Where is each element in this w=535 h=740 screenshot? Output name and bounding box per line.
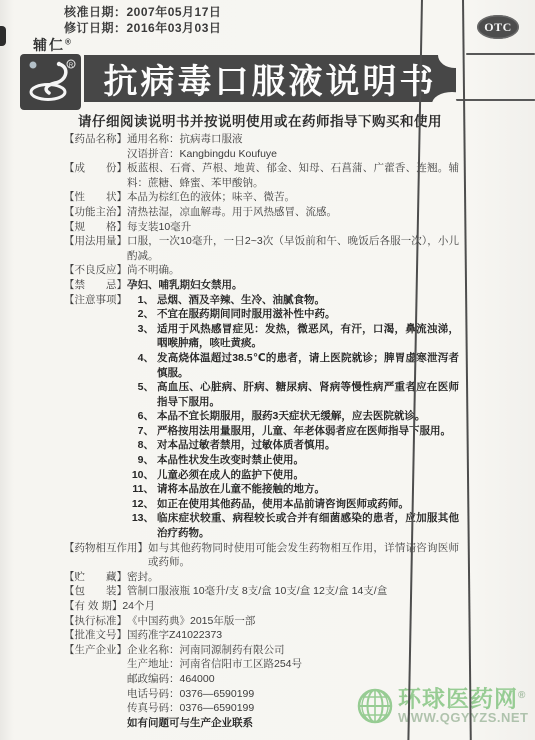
precaution-item: 13、临床症状较重、病程较长或合并有细菌感染的患者，应加服其他治疗药物。	[127, 511, 459, 540]
precaution-item: 3、适用于风热感冒症见：发热，微恶风，有汗，口渴，鼻流浊涕，咽喉肿痛，咳吐黄痰。	[127, 322, 459, 351]
section-content: 通用名称：抗病毒口服液汉语拼音：Kangbingdu Koufuye	[127, 132, 459, 161]
section-label: 【生产企业】	[64, 643, 127, 658]
precaution-item: 5、高血压、心脏病、肝病、糖尿病、肾病等慢性病严重者应在医师指导下服用。	[127, 380, 459, 409]
section-line: 密封。	[127, 570, 459, 585]
item-number: 12、	[127, 497, 157, 512]
section-line: 清热祛湿，凉血解毒。用于风热感冒、流感。	[127, 205, 459, 220]
section-label: 【性 状】	[64, 190, 127, 205]
section-adverse-reactions: 【不良反应】尚不明确。	[64, 263, 459, 278]
item-number: 4、	[127, 351, 157, 380]
edge-line-top	[466, 53, 535, 55]
usage-notice: 请仔细阅读说明书并按说明使用或在药师指导下购买和使用	[60, 110, 460, 130]
edge-line-bottom	[456, 99, 535, 101]
watermark-registered-mark: ®	[518, 690, 526, 701]
precaution-item: 6、本品不宜长期服用，服药3天症状无缓解，应去医院就诊。	[127, 409, 459, 424]
section-approval-number: 【批准文号】国药准字Z41022373	[64, 628, 459, 643]
swan-logo-icon: R	[20, 54, 81, 110]
approved-date: 核准日期：2007年05月17日	[64, 4, 221, 20]
section-package: 【包 装】管制口服液瓶 10毫升/支 8支/盒 10支/盒 12支/盒 14支/…	[64, 584, 459, 599]
item-number: 10、	[127, 468, 157, 483]
title-bar: 抗病毒口服液说明书	[84, 55, 456, 102]
section-content: 24个月	[122, 599, 459, 614]
section-content: 本品为棕红色的液体；味辛、微苦。	[127, 190, 459, 205]
section-dosage: 【用法用量】口服，一次10毫升，一日2~3次（早饭前和午、晚饭后各服一次），小儿…	[64, 234, 459, 263]
watermark-site-name: 环球医药网®	[398, 684, 529, 711]
brand-logo: R	[20, 54, 81, 110]
section-drug-interactions: 【药物相互作用】如与其他药物同时使用可能会发生药物相互作用，详情请咨询医师或药师…	[64, 541, 459, 570]
section-line: 通用名称：抗病毒口服液	[127, 132, 459, 147]
section-specification: 【规 格】每支装10毫升	[64, 220, 459, 235]
otc-badge: OTC	[477, 15, 519, 39]
section-label: 【包 装】	[64, 584, 127, 599]
section-label: 【批准文号】	[64, 628, 127, 643]
section-content: 孕妇、哺乳期妇女禁用。	[127, 278, 459, 293]
item-text: 如正在使用其他药品，使用本品前请咨询医师或药师。	[157, 497, 459, 512]
section-validity: 【有 效 期】24个月	[64, 599, 459, 614]
section-label: 【成 份】	[64, 161, 127, 176]
watermark-text: 环球医药网® WWW.QGYYZS.NET	[398, 684, 529, 725]
brand-text: 辅仁	[33, 37, 65, 53]
section-standard: 【执行标准】《中国药典》2015年版一部	[64, 614, 459, 629]
watermark: 环球医药网® WWW.QGYYZS.NET	[356, 684, 529, 728]
precaution-item: 7、严格按用法用量服用，儿童、年老体弱者应在医师指导下服用。	[127, 424, 459, 439]
otc-label: OTC	[484, 20, 512, 35]
item-number: 13、	[127, 511, 157, 540]
section-label: 【贮 藏】	[64, 570, 127, 585]
section-label: 【不良反应】	[64, 263, 127, 278]
section-ingredients: 【成 份】板蓝根、石膏、芦根、地黄、郁金、知母、石菖蒲、广藿香、连翘。辅料：蔗糖…	[64, 161, 459, 190]
precaution-item: 1、忌烟、酒及辛辣、生冷、油腻食物。	[127, 293, 459, 308]
section-label: 【药物相互作用】	[64, 541, 148, 556]
leaflet-page: 核准日期：2007年05月17日 修订日期：2016年03月03日 OTC 辅仁…	[0, 0, 535, 740]
section-line: 孕妇、哺乳期妇女禁用。	[127, 278, 459, 293]
revised-date: 修订日期：2016年03月03日	[64, 20, 221, 36]
brand-name: 辅仁®	[33, 35, 71, 55]
item-number: 2、	[127, 307, 157, 322]
section-content: 密封。	[127, 570, 459, 585]
section-content: 尚不明确。	[127, 263, 459, 278]
precaution-item: 10、儿童必须在成人的监护下使用。	[127, 468, 459, 483]
precaution-item: 4、发高烧体温超过38.5℃的患者，请上医院就诊；脾胃虚寒泄泻者慎服。	[127, 351, 459, 380]
section-label: 【规 格】	[64, 220, 127, 235]
item-text: 不宜在服药期间同时服用滋补性中药。	[157, 307, 459, 322]
page-title: 抗病毒口服液说明书	[104, 54, 437, 103]
photo-artifact	[0, 26, 6, 46]
section-content: 口服，一次10毫升，一日2~3次（早饭前和午、晚饭后各服一次），小儿酌减。	[127, 234, 459, 263]
section-content: 每支装10毫升	[127, 220, 459, 235]
sections-container: 【药品名称】通用名称：抗病毒口服液汉语拼音：Kangbingdu Koufuye…	[64, 132, 459, 730]
section-line: 24个月	[122, 599, 459, 614]
glare-spot	[438, 42, 472, 68]
section-label: 【功能主治】	[64, 205, 127, 220]
section-line: 板蓝根、石膏、芦根、地黄、郁金、知母、石菖蒲、广藿香、连翘。辅料：蔗糖、蜂蜜、苯…	[127, 161, 459, 190]
item-text: 临床症状较重、病程较长或合并有细菌感染的患者，应加服其他治疗药物。	[157, 511, 459, 540]
precaution-item: 2、不宜在服药期间同时服用滋补性中药。	[127, 307, 459, 322]
item-number: 6、	[127, 409, 157, 424]
section-label: 【药品名称】	[64, 132, 127, 147]
section-line: 尚不明确。	[127, 263, 459, 278]
item-text: 请将本品放在儿童不能接触的地方。	[157, 482, 459, 497]
registered-mark: ®	[65, 37, 71, 46]
item-number: 7、	[127, 424, 157, 439]
section-content: 板蓝根、石膏、芦根、地黄、郁金、知母、石菖蒲、广藿香、连翘。辅料：蔗糖、蜂蜜、苯…	[127, 161, 459, 190]
item-number: 3、	[127, 322, 157, 351]
section-content: 1、忌烟、酒及辛辣、生冷、油腻食物。2、不宜在服药期间同时服用滋补性中药。3、适…	[127, 293, 459, 541]
precaution-item: 12、如正在使用其他药品，使用本品前请咨询医师或药师。	[127, 497, 459, 512]
item-text: 忌烟、酒及辛辣、生冷、油腻食物。	[157, 293, 459, 308]
section-line: 每支装10毫升	[127, 220, 459, 235]
globe-icon	[356, 684, 394, 728]
section-contraindications: 【禁 忌】孕妇、哺乳期妇女禁用。	[64, 278, 459, 293]
item-number: 8、	[127, 438, 157, 453]
section-label: 【有 效 期】	[64, 599, 122, 614]
precaution-item: 11、请将本品放在儿童不能接触的地方。	[127, 482, 459, 497]
section-content: 清热祛湿，凉血解毒。用于风热感冒、流感。	[127, 205, 459, 220]
section-label: 【执行标准】	[64, 614, 127, 629]
item-number: 5、	[127, 380, 157, 409]
watermark-url: WWW.QGYYZS.NET	[398, 711, 529, 725]
section-line: 口服，一次10毫升，一日2~3次（早饭前和午、晚饭后各服一次），小儿酌减。	[127, 234, 459, 263]
section-line: 本品为棕红色的液体；味辛、微苦。	[127, 190, 459, 205]
section-label: 【注意事项】	[64, 293, 127, 308]
section-storage: 【贮 藏】密封。	[64, 570, 459, 585]
section-properties: 【性 状】本品为棕红色的液体；味辛、微苦。	[64, 190, 459, 205]
item-number: 1、	[127, 293, 157, 308]
item-number: 11、	[127, 482, 157, 497]
section-label: 【用法用量】	[64, 234, 127, 249]
precaution-item: 9、本品性状发生改变时禁止使用。	[127, 453, 459, 468]
precaution-item: 8、对本品过敏者禁用，过敏体质者慎用。	[127, 438, 459, 453]
svg-text:R: R	[69, 63, 74, 69]
dates-block: 核准日期：2007年05月17日 修订日期：2016年03月03日	[64, 4, 221, 36]
section-label: 【禁 忌】	[64, 278, 127, 293]
section-functions: 【功能主治】清热祛湿，凉血解毒。用于风热感冒、流感。	[64, 205, 459, 220]
section-line: 汉语拼音：Kangbingdu Koufuye	[127, 147, 459, 162]
section-drug-name: 【药品名称】通用名称：抗病毒口服液汉语拼音：Kangbingdu Koufuye	[64, 132, 459, 161]
item-number: 9、	[127, 453, 157, 468]
section-precautions: 【注意事项】1、忌烟、酒及辛辣、生冷、油腻食物。2、不宜在服药期间同时服用滋补性…	[64, 293, 459, 541]
